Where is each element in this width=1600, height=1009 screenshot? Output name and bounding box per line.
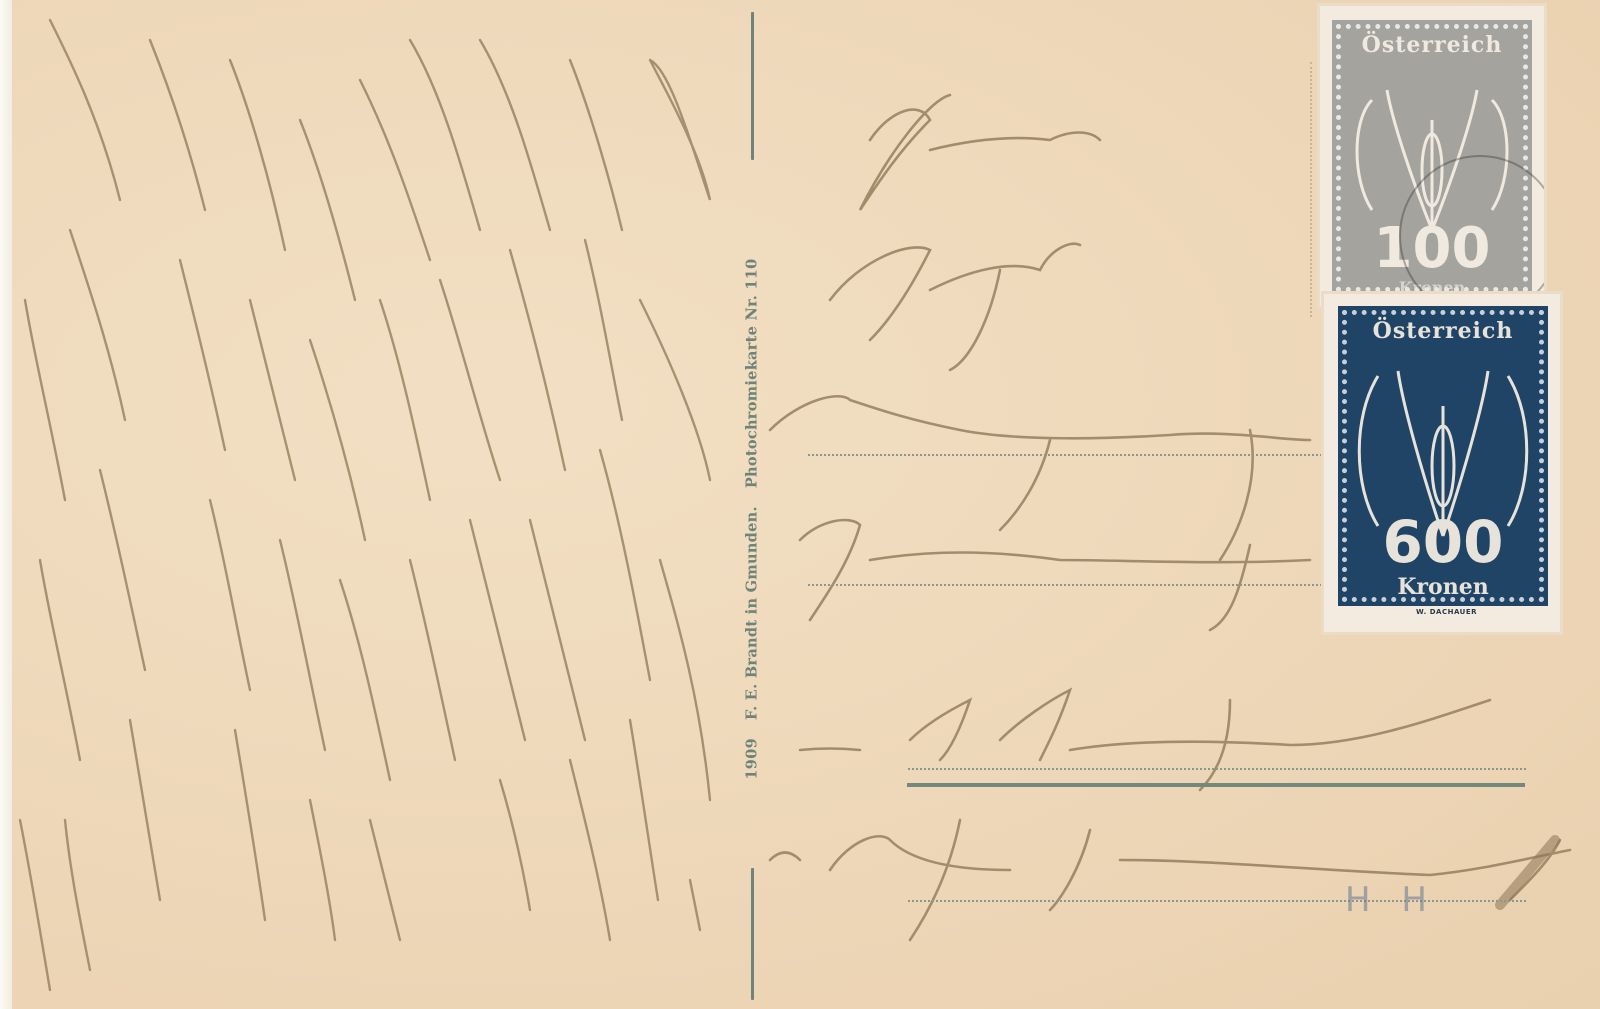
address-guide-line-1	[808, 454, 1338, 456]
address-guide-line-3	[908, 768, 1526, 770]
stamp-country: Österreich	[1338, 318, 1548, 344]
address-underline	[907, 783, 1525, 787]
address-guide-line-2	[808, 584, 1338, 586]
card-left-edge	[0, 0, 12, 1009]
postmark-icon	[1320, 6, 1544, 306]
stamp-value: 600	[1338, 508, 1548, 576]
stamp-600-kronen: Österreich 600 Kronen W. DACHAUER	[1324, 294, 1560, 632]
pencil-mark: H H	[1345, 880, 1437, 920]
stamp-100-kronen: Österreich 100 Kronen	[1320, 6, 1544, 306]
postcard-back: 1909F. E. Brandt in Gmunden.Photochromie…	[10, 0, 1600, 1009]
stamp-designer: W. DACHAUER	[1416, 608, 1477, 616]
stamp-denomination: Kronen	[1338, 574, 1548, 600]
